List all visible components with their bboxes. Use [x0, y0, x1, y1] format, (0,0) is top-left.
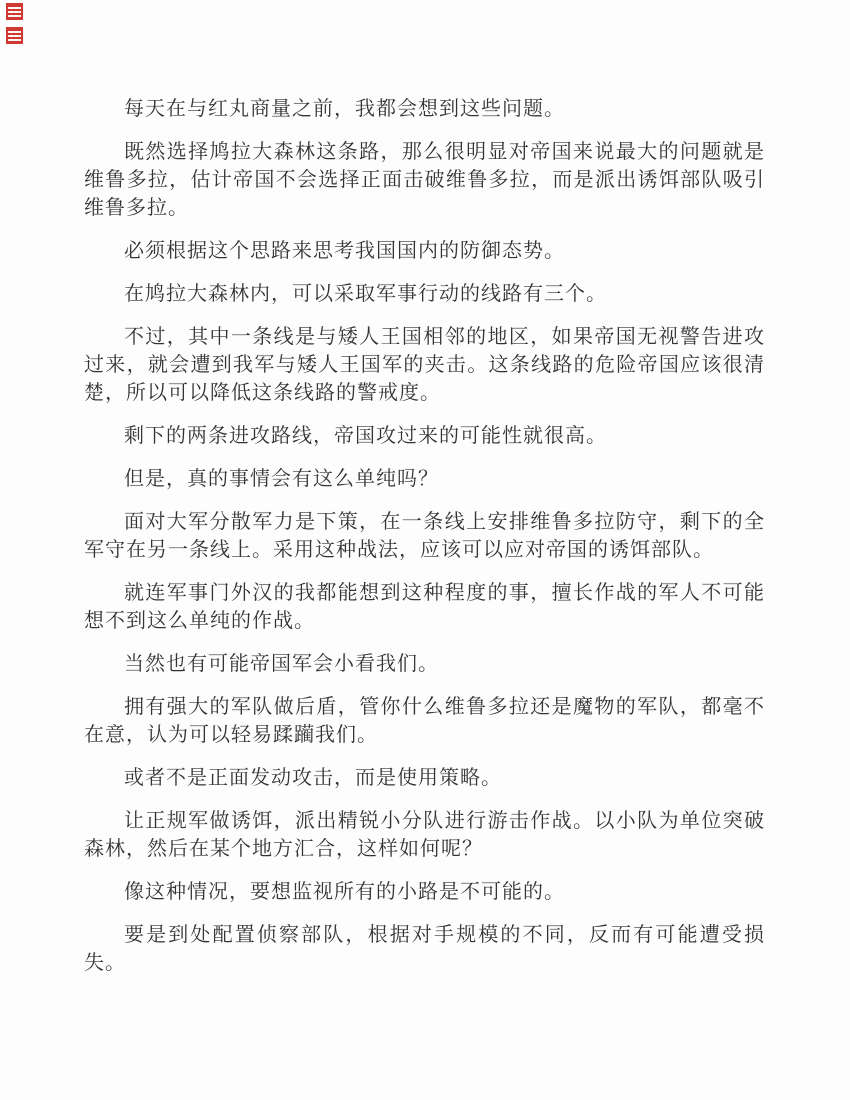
red-stamp-icon [6, 27, 23, 44]
paragraph: 就连军事门外汉的我都能想到这种程度的事，擅长作战的军人不可能想不到这么单纯的作战… [84, 579, 765, 635]
document-page: 每天在与红丸商量之前，我都会想到这些问题。既然选择鸠拉大森林这条路，那么很明显对… [0, 0, 850, 1100]
paragraph: 不过，其中一条线是与矮人王国相邻的地区，如果帝国无视警告进攻过来，就会遭到我军与… [84, 323, 765, 407]
paragraph: 拥有强大的军队做后盾，管你什么维鲁多拉还是魔物的军队，都毫不在意，认为可以轻易蹂… [84, 693, 765, 749]
paragraph: 当然也有可能帝国军会小看我们。 [84, 650, 765, 678]
corner-stamp-marks [6, 3, 23, 44]
novel-text: 每天在与红丸商量之前，我都会想到这些问题。既然选择鸠拉大森林这条路，那么很明显对… [84, 95, 765, 977]
paragraph: 或者不是正面发动攻击，而是使用策略。 [84, 764, 765, 792]
paragraph: 剩下的两条进攻路线，帝国攻过来的可能性就很高。 [84, 422, 765, 450]
red-stamp-icon [6, 3, 23, 20]
paragraph: 要是到处配置侦察部队，根据对手规模的不同，反而有可能遭受损失。 [84, 921, 765, 977]
paragraph: 像这种情况，要想监视所有的小路是不可能的。 [84, 878, 765, 906]
paragraph: 让正规军做诱饵，派出精锐小分队进行游击作战。以小队为单位突破森林，然后在某个地方… [84, 807, 765, 863]
paragraph: 在鸠拉大森林内，可以采取军事行动的线路有三个。 [84, 280, 765, 308]
paragraph: 但是，真的事情会有这么单纯吗？ [84, 465, 765, 493]
paragraph: 每天在与红丸商量之前，我都会想到这些问题。 [84, 95, 765, 123]
paragraph: 必须根据这个思路来思考我国国内的防御态势。 [84, 237, 765, 265]
paragraph: 面对大军分散军力是下策，在一条线上安排维鲁多拉防守，剩下的全军守在另一条线上。采… [84, 508, 765, 564]
paragraph: 既然选择鸠拉大森林这条路，那么很明显对帝国来说最大的问题就是维鲁多拉，估计帝国不… [84, 138, 765, 222]
